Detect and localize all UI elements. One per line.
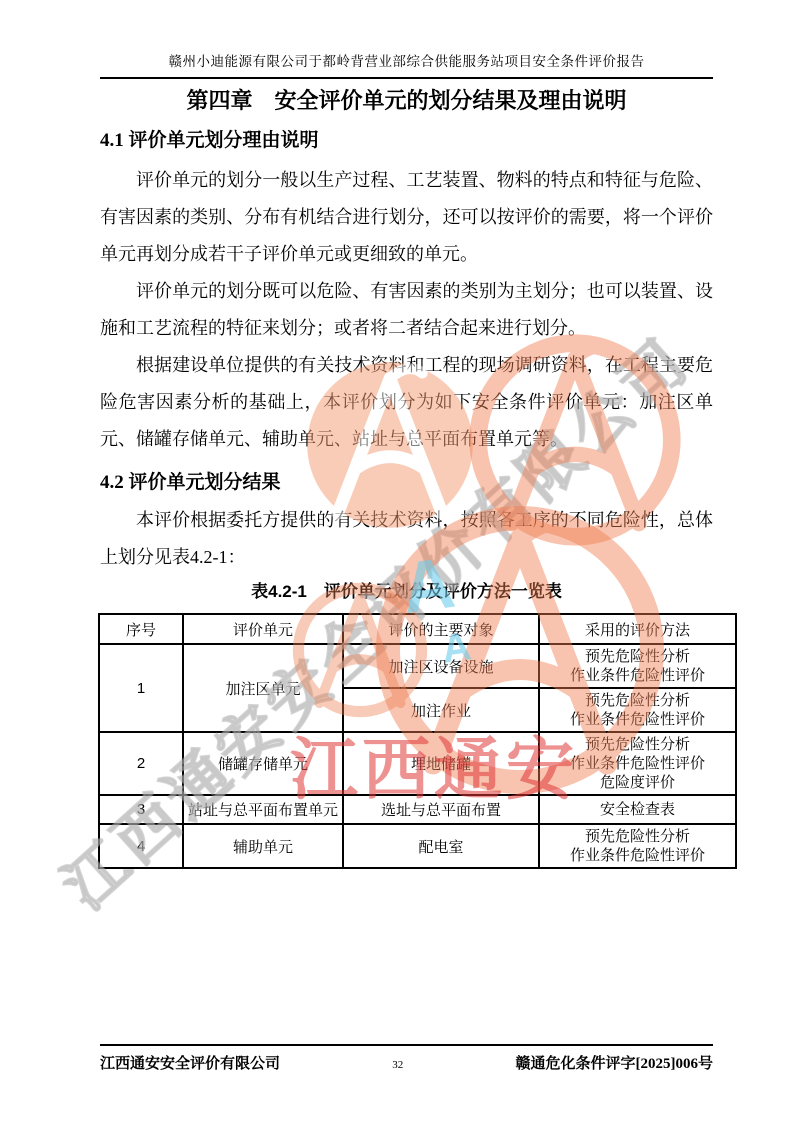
page-footer: 江西通安安全评价有限公司 32 赣通危化条件评字[2025]006号 xyxy=(100,1044,713,1073)
cell-unit: 加注区单元 xyxy=(183,644,343,732)
footer-doc-number: 赣通危化条件评字[2025]006号 xyxy=(515,1052,713,1073)
cell-unit: 站址与总平面布置单元 xyxy=(183,795,343,824)
section-heading-4-1: 4.1 评价单元划分理由说明 xyxy=(100,128,713,154)
table-header-row: 序号 评价单元 评价的主要对象 采用的评价方法 xyxy=(99,614,736,644)
footer-page-number: 32 xyxy=(392,1059,403,1071)
chapter-title: 第四章 安全评价单元的划分结果及理由说明 xyxy=(100,86,713,116)
col-header-method: 采用的评价方法 xyxy=(539,614,736,644)
unit-division-table: 序号 评价单元 评价的主要对象 采用的评价方法 1 加注区单元 加注区设备设施 … xyxy=(98,613,737,869)
page-content: 第四章 安全评价单元的划分结果及理由说明 4.1 评价单元划分理由说明 评价单元… xyxy=(100,86,713,869)
cell-target: 加注区设备设施 xyxy=(343,644,539,688)
paragraph: 本评价根据委托方提供的有关技术资料，按照各工序的不同危险性，总体上划分见表4.2… xyxy=(100,502,713,576)
table-row: 1 加注区单元 加注区设备设施 预先危险性分析 作业条件危险性评价 xyxy=(99,644,736,688)
cell-method: 安全检查表 xyxy=(539,795,736,824)
cell-no: 1 xyxy=(99,644,183,732)
cell-target: 配电室 xyxy=(343,824,539,868)
cell-method: 预先危险性分析 作业条件危险性评价 危险度评价 xyxy=(539,732,736,795)
section-heading-4-2: 4.2 评价单元划分结果 xyxy=(100,470,713,496)
cell-no: 3 xyxy=(99,795,183,824)
footer-company: 江西通安安全评价有限公司 xyxy=(100,1052,280,1073)
cell-unit: 辅助单元 xyxy=(183,824,343,868)
cell-method: 预先危险性分析 作业条件危险性评价 xyxy=(539,824,736,868)
paragraph: 评价单元的划分既可以危险、有害因素的类别为主划分；也可以装置、设施和工艺流程的特… xyxy=(100,273,713,347)
cell-method: 预先危险性分析 作业条件危险性评价 xyxy=(539,644,736,688)
table-row: 4 辅助单元 配电室 预先危险性分析 作业条件危险性评价 xyxy=(99,824,736,868)
table-row: 2 储罐存储单元 埋地储罐 预先危险性分析 作业条件危险性评价 危险度评价 xyxy=(99,732,736,795)
document-page: 赣州小迪能源有限公司于都岭背营业部综合供能服务站项目安全条件评价报告 第四章 安… xyxy=(0,0,793,1122)
col-header-object: 评价的主要对象 xyxy=(343,614,539,644)
cell-unit: 储罐存储单元 xyxy=(183,732,343,795)
table-row: 3 站址与总平面布置单元 选址与总平面布置 安全检查表 xyxy=(99,795,736,824)
page-header-text: 赣州小迪能源有限公司于都岭背营业部综合供能服务站项目安全条件评价报告 xyxy=(169,54,645,69)
cell-target: 选址与总平面布置 xyxy=(343,795,539,824)
cell-target: 埋地储罐 xyxy=(343,732,539,795)
col-header-unit: 评价单元 xyxy=(183,614,343,644)
table-caption: 表4.2-1 评价单元划分及评价方法一览表 xyxy=(100,580,713,604)
paragraph: 评价单元的划分一般以生产过程、工艺装置、物料的特点和特征与危险、有害因素的类别、… xyxy=(100,162,713,273)
cell-method: 预先危险性分析 作业条件危险性评价 xyxy=(539,688,736,732)
cell-target: 加注作业 xyxy=(343,688,539,732)
paragraph: 根据建设单位提供的有关技术资料和工程的现场调研资料，在工程主要危险危害因素分析的… xyxy=(100,347,713,458)
cell-no: 4 xyxy=(99,824,183,868)
col-header-no: 序号 xyxy=(99,614,183,644)
cell-no: 2 xyxy=(99,732,183,795)
page-header: 赣州小迪能源有限公司于都岭背营业部综合供能服务站项目安全条件评价报告 xyxy=(100,50,713,79)
